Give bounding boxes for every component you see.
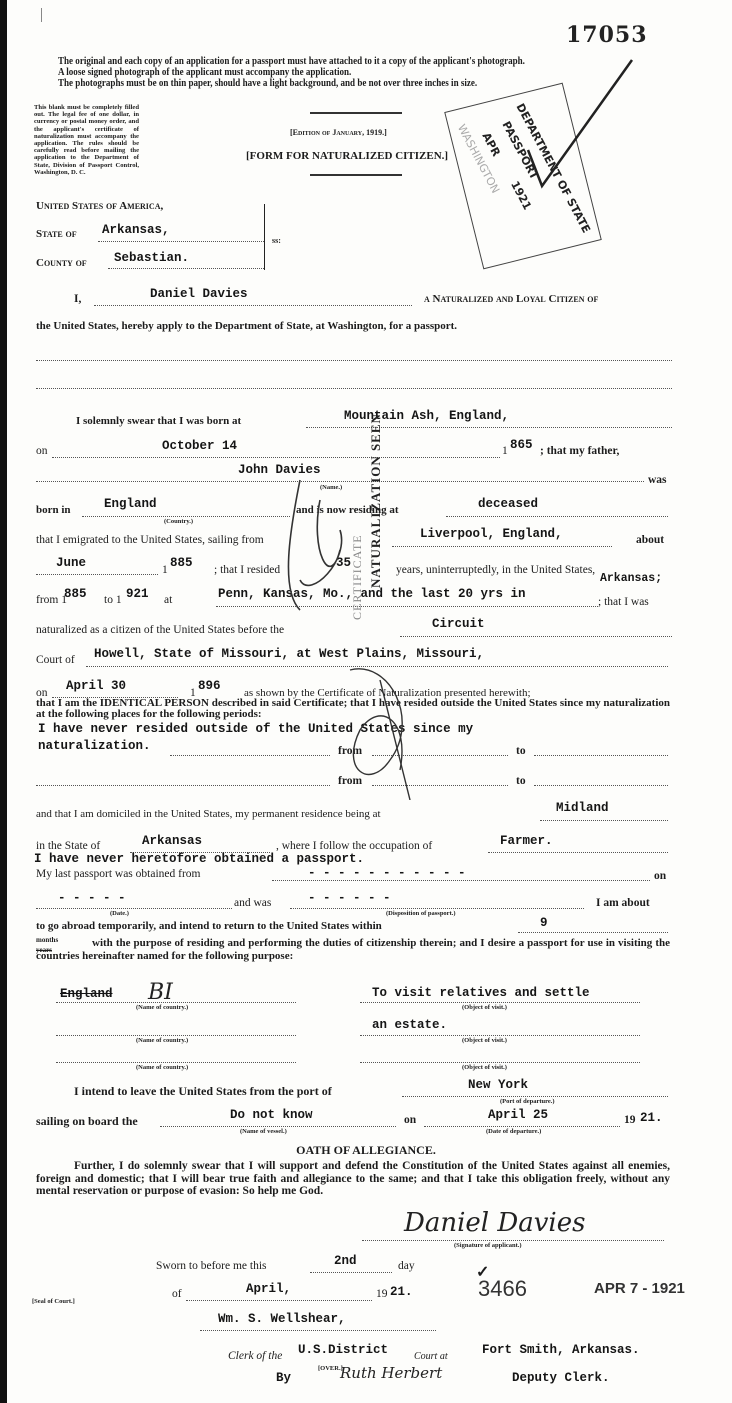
disposition-value: - - - - - - [308,891,391,905]
receipt-date: APR 7 - 1921 [594,1280,685,1297]
from-year: 885 [64,587,87,601]
domicile-state: Arkansas [142,834,202,848]
emigrated-text: that I emigrated to the United States, s… [36,534,264,547]
of-label: of [172,1288,182,1301]
to-label: to [516,775,526,787]
country-caption: (Name of country.) [136,1037,188,1044]
vessel-name: Do not know [230,1108,313,1122]
by-label: By [276,1371,291,1385]
deputy-signature: Ruth Herbert [340,1364,442,1382]
object-caption: (Object of visit.) [462,1064,507,1071]
port-text: I intend to leave the United States from… [74,1084,332,1099]
naturalization-date: April 30 [66,679,126,693]
oath-title: OATH OF ALLEGIANCE. [0,1143,732,1158]
sworn-month: April, [246,1282,291,1296]
serial-number: 17053 [566,22,648,48]
departure-year: 21. [640,1111,663,1125]
departure-year-prefix: 19 [624,1114,636,1126]
about-text: about [636,534,664,546]
resided-text: ; that I resided [214,564,280,577]
to-year: 921 [126,587,149,601]
divider [310,112,402,114]
citizen-text: a Naturalized and Loyal Citizen of [424,293,598,305]
apply-text: the United States, hereby apply to the D… [36,320,457,332]
scan-border [0,0,7,1403]
form-title: [FORM FOR NATURALIZED CITIZEN.] [246,150,448,162]
receipt-number: 3466 [478,1276,527,1302]
passport-note: I have never heretofore obtained a passp… [34,852,364,866]
disposition-caption: (Disposition of passport.) [386,910,456,917]
seal-label: [Seal of Court.] [32,1298,75,1305]
departure-port: New York [468,1078,528,1092]
edition-label: [Edition of January, 1919.] [290,128,387,137]
departure-caption: (Date of departure.) [486,1128,541,1135]
applicant-intro: I, [74,293,81,305]
birth-year: 865 [510,438,533,452]
stamp-line-washington: WASHINGTON [455,122,502,195]
sworn-year-prefix: 19 [376,1288,388,1301]
last-passport-date: - - - - - [58,891,126,905]
object-caption: (Object of visit.) [462,1037,507,1044]
to-label: to [516,745,526,757]
emigration-port: Liverpool, England, [420,527,563,541]
visit-object-2: an estate. [372,1018,447,1032]
departure-date: April 25 [488,1108,548,1122]
emigration-year-prefix: 1 [162,564,168,577]
checkmark-stroke-icon [520,58,640,198]
country-1-annotation: BI [148,980,173,1005]
object-caption: (Object of visit.) [462,1004,507,1011]
port-caption: (Port of departure.) [500,1098,555,1105]
occupation: Farmer. [500,834,553,848]
signature-caption: (Signature of applicant.) [454,1242,522,1249]
abroad-text: to go abroad temporarily, and intend to … [36,920,382,933]
date-caption: (Date.) [110,910,129,917]
sworn-year: 21. [390,1285,413,1299]
to-label: to 1 [104,594,122,607]
and-was-text: and was [234,897,271,910]
oath-text: Further, I do solemnly swear that I will… [36,1160,670,1198]
visit-object-1: To visit relatives and settle [372,986,590,1000]
country-caption: (Name of country.) [136,1064,188,1071]
on-label: on [36,445,48,458]
venue-bracket [264,204,265,270]
purpose-text: with the purpose of residing and perform… [36,937,670,963]
father-text: ; that my father, [540,445,619,457]
divider [310,174,402,176]
born-in-label: born in [36,504,71,516]
instructions-note: This blank must be completely filled out… [34,104,139,176]
country-caption: (Country.) [164,518,193,525]
passport-application-page: 17053 The original and each copy of an a… [0,0,732,1403]
naturalized-text: ; that I was [598,596,649,609]
residence-state: Arkansas; [600,572,662,585]
applicant-signature: Daniel Davies [404,1208,585,1238]
photo-notice-line-1: The original and each copy of an applica… [58,56,525,67]
residence-abroad-line-2: naturalization. [38,739,151,753]
photo-notice-line-3: The photographs must be on thin paper, s… [58,78,477,89]
venue-county-value: Sebastian. [114,251,189,265]
deputy-clerk-label: Deputy Clerk. [512,1371,610,1385]
court-name: U.S.District [298,1343,388,1357]
domicile-place: Midland [556,801,609,815]
at-label: at [164,594,172,607]
sworn-day: 2nd [334,1254,357,1268]
photo-notice-line-2: A loose signed photograph of the applica… [58,67,351,78]
sworn-text: I solemnly swear that I was born at [76,415,241,427]
venue-state-value: Arkansas, [102,223,170,237]
father-status: deceased [478,497,538,511]
court-of-label: Court of [36,654,75,667]
naturalization-text: naturalized as a citizen of the United S… [36,624,284,637]
venue-country: United States of America, [36,200,163,212]
court-location: Fort Smith, Arkansas. [482,1343,640,1357]
from-label: from 1 [36,594,67,607]
emigration-year: 885 [170,556,193,570]
clerk-name: Wm. S. Wellshear, [218,1312,346,1326]
birth-year-prefix: 1 [502,445,508,458]
scan-mark [41,8,42,22]
return-duration: 9 [540,916,548,930]
sworn-before-text: Sworn to before me this [156,1260,267,1273]
clerk-of-text: Clerk of the [228,1350,282,1363]
last-passport-text: My last passport was obtained from [36,868,201,881]
vessel-caption: (Name of vessel.) [240,1128,287,1135]
handwritten-initials-icon [280,470,440,800]
day-label: day [398,1260,415,1273]
father-country: England [104,497,157,511]
birth-date: October 14 [162,439,237,453]
about-text: I am about [596,897,650,909]
country-caption: (Name of country.) [136,1004,188,1011]
last-passport-from: - - - - - - - - - - - [308,866,466,880]
ss-label: ss: [272,236,281,245]
domicile-text: and that I am domiciled in the United St… [36,808,381,821]
on-label: on [654,870,666,882]
venue-state-label: State of [36,228,77,240]
court-at-text: Court at [414,1350,448,1363]
was-text: was [648,474,667,486]
emigration-month: June [56,556,86,570]
country-1: England [60,987,113,1001]
naturalization-year: 896 [198,679,221,693]
on-label: on [404,1114,416,1126]
venue-county-label: County of [36,257,87,269]
applicant-name: Daniel Davies [150,287,248,301]
sailing-text: sailing on board the [36,1114,138,1129]
